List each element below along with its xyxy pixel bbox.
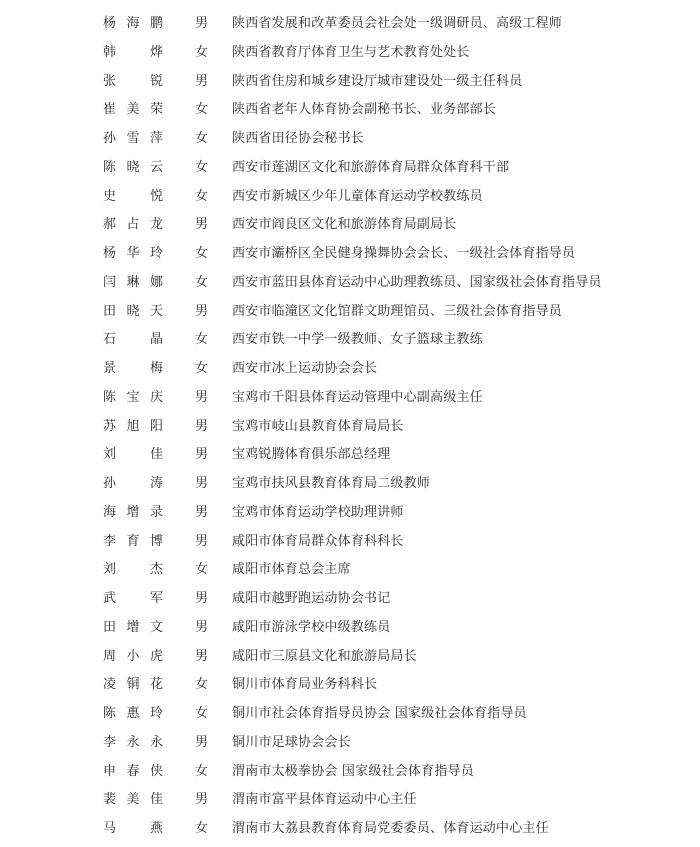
- person-gender: 男: [195, 729, 208, 758]
- person-gender: 女: [195, 269, 208, 298]
- person-name: 杨华玲: [103, 240, 163, 269]
- person-title: 陕西省老年人体育协会副秘书长、业务部部长: [232, 96, 496, 125]
- person-title: 宝鸡市岐山县教育体育局局长: [232, 413, 404, 442]
- person-title: 渭南市大荔县教育体育局党委委员、体育运动中心主任: [232, 815, 549, 844]
- person-title: 铜川市体育局业务科科长: [232, 671, 377, 700]
- list-item: 石 晶女西安市铁一中学一级教师、女子篮球主教练: [0, 326, 700, 355]
- person-title: 西安市莲湖区文化和旅游体育局群众体育科干部: [232, 154, 509, 183]
- person-gender: 男: [195, 786, 208, 815]
- list-item: 苏旭阳男宝鸡市岐山县教育体育局局长: [0, 413, 700, 442]
- person-title: 西安市灞桥区全民健身操舞协会会长、一级社会体育指导员: [232, 240, 575, 269]
- person-name: 景 梅: [103, 355, 163, 384]
- person-title: 咸阳市体育总会主席: [232, 556, 351, 585]
- person-title: 宝鸡市体育运动学校助理讲师: [232, 499, 404, 528]
- person-title: 西安市临潼区文化馆群文助理馆员、三级社会体育指导员: [232, 298, 562, 327]
- person-gender: 女: [195, 758, 208, 787]
- list-item: 马 燕女渭南市大荔县教育体育局党委委员、体育运动中心主任: [0, 815, 700, 844]
- person-gender: 男: [195, 211, 208, 240]
- person-gender: 男: [195, 68, 208, 97]
- person-gender: 男: [195, 499, 208, 528]
- person-title: 宝鸡市千阳县体育运动管理中心副高级主任: [232, 384, 483, 413]
- person-name: 崔美荣: [103, 96, 163, 125]
- list-item: 张 锐男陕西省住房和城乡建设厅城市建设处一级主任科员: [0, 68, 700, 97]
- person-title: 陕西省田径协会秘书长: [232, 125, 364, 154]
- person-title: 西安市新城区少年儿童体育运动学校教练员: [232, 183, 483, 212]
- list-item: 史 悦女西安市新城区少年儿童体育运动学校教练员: [0, 183, 700, 212]
- person-name: 刘 杰: [103, 556, 163, 585]
- person-title: 西安市冰上运动协会会长: [232, 355, 377, 384]
- person-gender: 女: [195, 700, 208, 729]
- person-gender: 女: [195, 183, 208, 212]
- list-item: 裴美佳男渭南市富平县体育运动中心主任: [0, 786, 700, 815]
- person-name: 田晓天: [103, 298, 163, 327]
- person-name: 陈晓云: [103, 154, 163, 183]
- person-title: 咸阳市体育局群众体育科科长: [232, 528, 404, 557]
- person-name: 申春侠: [103, 758, 163, 787]
- person-title: 渭南市太极拳协会 国家级社会体育指导员: [232, 758, 474, 787]
- person-gender: 女: [195, 96, 208, 125]
- list-item: 景 梅女西安市冰上运动协会会长: [0, 355, 700, 384]
- list-item: 申春侠女渭南市太极拳协会 国家级社会体育指导员: [0, 758, 700, 787]
- person-title: 咸阳市三原县文化和旅游局局长: [232, 643, 417, 672]
- person-title: 宝鸡锐腾体育俱乐部总经理: [232, 441, 390, 470]
- list-item: 杨华玲女西安市灞桥区全民健身操舞协会会长、一级社会体育指导员: [0, 240, 700, 269]
- list-item: 孙雪萍女陕西省田径协会秘书长: [0, 125, 700, 154]
- person-gender: 男: [195, 384, 208, 413]
- person-title: 咸阳市越野跑运动协会书记: [232, 585, 390, 614]
- person-title: 宝鸡市扶风县教育体育局二级教师: [232, 470, 430, 499]
- personnel-list: 杨海鹏男陕西省发展和改革委员会社会处一级调研员、高级工程师 韩 烨女陕西省教育厅…: [0, 10, 700, 844]
- person-name: 石 晶: [103, 326, 163, 355]
- list-item: 海增录男宝鸡市体育运动学校助理讲师: [0, 499, 700, 528]
- person-title: 陕西省教育厅体育卫生与艺术教育处处长: [232, 39, 470, 68]
- person-name: 海增录: [103, 499, 163, 528]
- list-item: 闫琳娜女西安市蓝田县体育运动中心助理教练员、国家级社会体育指导员: [0, 269, 700, 298]
- person-name: 杨海鹏: [103, 10, 163, 39]
- person-name: 张 锐: [103, 68, 163, 97]
- person-gender: 女: [195, 326, 208, 355]
- person-gender: 男: [195, 441, 208, 470]
- list-item: 韩 烨女陕西省教育厅体育卫生与艺术教育处处长: [0, 39, 700, 68]
- person-name: 武 军: [103, 585, 163, 614]
- person-title: 西安市铁一中学一级教师、女子篮球主教练: [232, 326, 483, 355]
- list-item: 孙 涛男宝鸡市扶风县教育体育局二级教师: [0, 470, 700, 499]
- list-item: 凌铜花女铜川市体育局业务科科长: [0, 671, 700, 700]
- person-gender: 女: [195, 355, 208, 384]
- list-item: 田晓天男西安市临潼区文化馆群文助理馆员、三级社会体育指导员: [0, 298, 700, 327]
- person-gender: 男: [195, 585, 208, 614]
- person-gender: 女: [195, 240, 208, 269]
- person-title: 咸阳市游泳学校中级教练员: [232, 614, 390, 643]
- person-gender: 女: [195, 556, 208, 585]
- person-name: 闫琳娜: [103, 269, 163, 298]
- person-gender: 男: [195, 528, 208, 557]
- person-title: 陕西省住房和城乡建设厅城市建设处一级主任科员: [232, 68, 522, 97]
- list-item: 杨海鹏男陕西省发展和改革委员会社会处一级调研员、高级工程师: [0, 10, 700, 39]
- list-item: 刘 佳男宝鸡锐腾体育俱乐部总经理: [0, 441, 700, 470]
- person-gender: 男: [195, 298, 208, 327]
- list-item: 陈晓云女西安市莲湖区文化和旅游体育局群众体育科干部: [0, 154, 700, 183]
- person-title: 陕西省发展和改革委员会社会处一级调研员、高级工程师: [232, 10, 562, 39]
- list-item: 郝占龙男西安市阎良区文化和旅游体育局副局长: [0, 211, 700, 240]
- person-gender: 男: [195, 470, 208, 499]
- person-title: 渭南市富平县体育运动中心主任: [232, 786, 417, 815]
- person-gender: 女: [195, 39, 208, 68]
- person-name: 孙雪萍: [103, 125, 163, 154]
- person-name: 苏旭阳: [103, 413, 163, 442]
- person-gender: 女: [195, 815, 208, 844]
- person-name: 郝占龙: [103, 211, 163, 240]
- list-item: 李永永男铜川市足球协会会长: [0, 729, 700, 758]
- list-item: 周小虎男咸阳市三原县文化和旅游局局长: [0, 643, 700, 672]
- list-item: 武 军男咸阳市越野跑运动协会书记: [0, 585, 700, 614]
- list-item: 李育博男咸阳市体育局群众体育科科长: [0, 528, 700, 557]
- person-gender: 男: [195, 643, 208, 672]
- list-item: 陈宝庆男宝鸡市千阳县体育运动管理中心副高级主任: [0, 384, 700, 413]
- list-item: 田增文男咸阳市游泳学校中级教练员: [0, 614, 700, 643]
- person-title: 西安市阎良区文化和旅游体育局副局长: [232, 211, 456, 240]
- person-title: 铜川市足球协会会长: [232, 729, 351, 758]
- person-name: 马 燕: [103, 815, 163, 844]
- person-name: 周小虎: [103, 643, 163, 672]
- person-name: 陈宝庆: [103, 384, 163, 413]
- person-name: 田增文: [103, 614, 163, 643]
- person-gender: 女: [195, 671, 208, 700]
- person-gender: 女: [195, 125, 208, 154]
- list-item: 陈惠玲女铜川市社会体育指导员协会 国家级社会体育指导员: [0, 700, 700, 729]
- person-gender: 男: [195, 413, 208, 442]
- person-gender: 男: [195, 10, 208, 39]
- person-name: 李永永: [103, 729, 163, 758]
- person-title: 西安市蓝田县体育运动中心助理教练员、国家级社会体育指导员: [232, 269, 602, 298]
- list-item: 刘 杰女咸阳市体育总会主席: [0, 556, 700, 585]
- person-title: 铜川市社会体育指导员协会 国家级社会体育指导员: [232, 700, 527, 729]
- person-name: 孙 涛: [103, 470, 163, 499]
- person-name: 裴美佳: [103, 786, 163, 815]
- person-gender: 女: [195, 154, 208, 183]
- person-name: 凌铜花: [103, 671, 163, 700]
- list-item: 崔美荣女陕西省老年人体育协会副秘书长、业务部部长: [0, 96, 700, 125]
- person-name: 李育博: [103, 528, 163, 557]
- person-name: 陈惠玲: [103, 700, 163, 729]
- person-gender: 男: [195, 614, 208, 643]
- person-name: 韩 烨: [103, 39, 163, 68]
- person-name: 刘 佳: [103, 441, 163, 470]
- person-name: 史 悦: [103, 183, 163, 212]
